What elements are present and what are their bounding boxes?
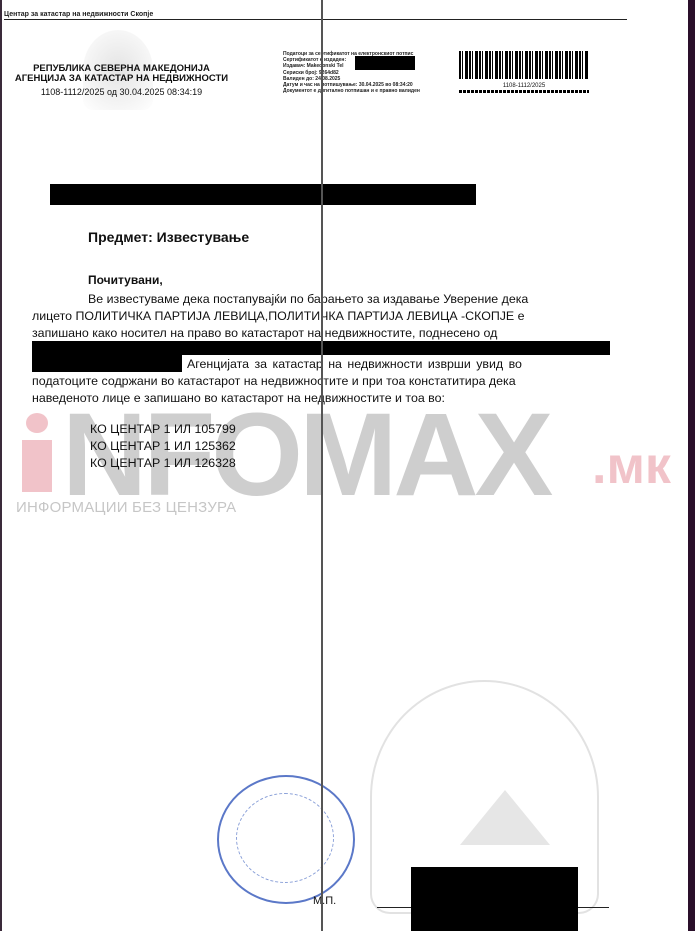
cert-line: Документот е дигитално потпишан и е прав…: [283, 88, 420, 94]
watermark-suffix: .мк: [592, 440, 671, 492]
redaction-bar: [411, 867, 578, 931]
body-line: Агенцијата за катастар на недвижности из…: [187, 356, 522, 373]
body-line: Ве известуваме дека постапувајќи по бара…: [88, 291, 528, 308]
property-item: КО ЦЕНТАР 1 ИЛ 105799: [90, 421, 236, 438]
barcode-number: 1108-1112/2025: [459, 83, 589, 89]
scan-fold-line: [321, 0, 323, 931]
property-item: КО ЦЕНТАР 1 ИЛ 125362: [90, 438, 236, 455]
subject-heading: Предмет: Известување: [88, 229, 249, 245]
stamp-label: М.П.: [313, 895, 336, 907]
document-reference: 1108-1112/2025 од 30.04.2025 08:34:19: [0, 87, 249, 97]
office-name: Центар за катастар на недвижности Скопје: [4, 11, 153, 18]
watermark-tagline: ИНФОРМАЦИИ БЕЗ ЦЕНЗУРА: [16, 499, 236, 516]
body-line: податоците содржани во катастарот на нед…: [32, 373, 516, 390]
barcode-icon: [459, 51, 589, 79]
scan-edge-left: [0, 0, 2, 931]
watermark-logo-stem: [22, 440, 52, 492]
body-line: запишано како носител на право во катаст…: [32, 325, 497, 342]
property-list: КО ЦЕНТАР 1 ИЛ 105799 КО ЦЕНТАР 1 ИЛ 125…: [90, 421, 236, 472]
redaction-bar: [32, 355, 182, 372]
barcode-strip: [459, 90, 589, 93]
redaction-bar: [355, 56, 415, 70]
greeting: Почитувани,: [88, 273, 163, 287]
agency-title: АГЕНЦИЈА ЗА КАТАСТАР НА НЕДВИЖНОСТИ: [0, 73, 249, 84]
body-line: наведеното лице е запишано во катастарот…: [32, 390, 445, 407]
redaction-bar: [50, 184, 476, 205]
header-divider: [4, 19, 627, 20]
seal-inner-ring: [236, 793, 334, 883]
mountain-icon: [460, 790, 550, 845]
watermark-logo-dot: [26, 413, 48, 433]
body-line: лицето ПОЛИТИЧКА ПАРТИЈА ЛЕВИЦА,ПОЛИТИЧК…: [32, 308, 525, 325]
property-item: КО ЦЕНТАР 1 ИЛ 126328: [90, 455, 236, 472]
scan-edge-right: [688, 0, 695, 931]
